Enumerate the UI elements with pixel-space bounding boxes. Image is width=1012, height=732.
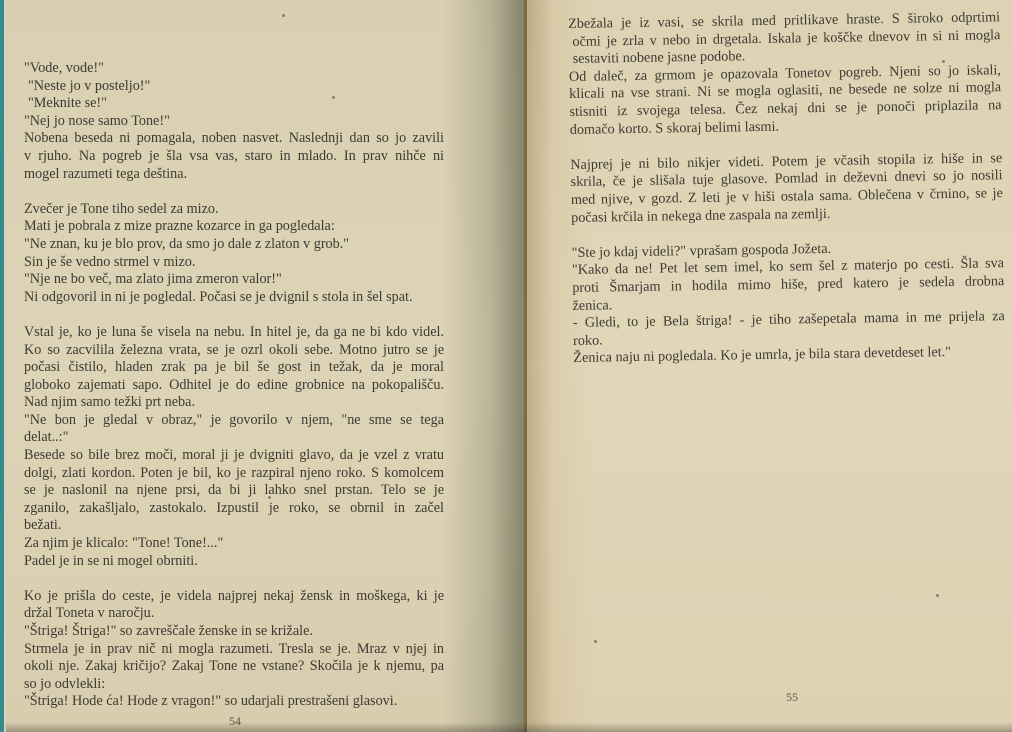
- text-line: "Ne bon je gledal v obraz," je govorilo …: [24, 412, 444, 430]
- paper-speck: [282, 14, 285, 17]
- text-line: "Vode, vode!": [24, 60, 444, 78]
- text-line: Sin je še vedno strmel v mizo.: [24, 254, 444, 272]
- text-line: Vstal je, ko je luna še visela na nebu. …: [24, 324, 444, 342]
- text-line: počasi čistilo, hladen zrak pa je bil še…: [24, 359, 444, 377]
- text-line: "Nje ne bo več, ma zlato jima zmeron val…: [24, 271, 444, 289]
- text-line: Zvečer je Tone tiho sedel za mizo.: [24, 201, 444, 219]
- paper-speck: [936, 594, 939, 597]
- text-line: Nobena beseda ni pomagala, noben nasvet.…: [24, 130, 444, 148]
- text-line: držal Toneta v naročju.: [24, 605, 444, 623]
- paragraph: Zbežala je iz vasi, se skrila med pritli…: [568, 9, 1002, 139]
- text-line: bežati.: [24, 517, 444, 535]
- text-line: mogel razumeti tega deština.: [24, 166, 444, 184]
- text-line: Ko so zacvilila železna vrata, se je ozr…: [24, 342, 444, 360]
- book-spread: "Vode, vode!" "Neste jo v posteljo!" "Me…: [0, 0, 1012, 732]
- paper-speck: [942, 60, 945, 63]
- text-line: Ko je prišla do ceste, je videla najprej…: [24, 588, 444, 606]
- text-line: "Štriga! Štriga!" so zavreščale ženske i…: [24, 623, 444, 641]
- text-line: v rjuho. Na pogreb je šla vsa vas, staro…: [24, 148, 444, 166]
- text-line: Ni odgovoril in ni je pogledal. Počasi s…: [24, 289, 444, 307]
- text-line: "Nej jo nose samo Tone!": [24, 113, 444, 131]
- paragraph: Zvečer je Tone tiho sedel za mizo. Mati …: [24, 201, 444, 307]
- text-line: Strmela je in prav nič ni mogla razumeti…: [24, 641, 444, 659]
- paragraph: Ko je prišla do ceste, je videla najprej…: [24, 588, 444, 711]
- text-line: "Meknite se!": [24, 95, 444, 113]
- paragraph: Vstal je, ko je luna še visela na nebu. …: [24, 324, 444, 570]
- text-line: globoko zajemati sapo. Odhitel je do edi…: [24, 377, 444, 395]
- text-line: "Ne znan, ku je blo prov, da smo jo dale…: [24, 236, 444, 254]
- page-edge-shadow: [6, 722, 526, 732]
- text-line: Nad njim samo težki prt neba.: [24, 394, 444, 412]
- paper-speck: [594, 640, 597, 643]
- text-line: okoli nje. Zakaj kričijo? Zakaj Tone ne …: [24, 658, 444, 676]
- left-page-text: "Vode, vode!" "Neste jo v posteljo!" "Me…: [24, 60, 444, 729]
- paragraph: "Ste jo kdaj videli?" vprašam gospoda Jo…: [572, 238, 1006, 368]
- text-line: so jo odvlekli:: [24, 676, 444, 694]
- left-page: "Vode, vode!" "Neste jo v posteljo!" "Me…: [4, 0, 526, 732]
- paper-speck: [268, 496, 271, 499]
- paper-speck: [332, 96, 335, 99]
- text-line: Mati je pobrala z mize prazne kozarce in…: [24, 218, 444, 236]
- paragraph: Najprej je ni bilo nikjer videti. Potem …: [570, 150, 1003, 227]
- text-line: "Štriga! Hode ća! Hode z vragon!" so uda…: [24, 693, 444, 711]
- text-line: se je naslonil na njene prsi, da bi ji l…: [24, 482, 444, 500]
- text-line: zganilo, zakašljalo, zastokalo. Izpustil…: [24, 500, 444, 518]
- page-number: 55: [786, 690, 798, 705]
- text-line: Besede so bile brez moči, moral ji je dv…: [24, 447, 444, 465]
- paragraph: "Vode, vode!" "Neste jo v posteljo!" "Me…: [24, 60, 444, 183]
- text-line: "Neste jo v posteljo!": [24, 78, 444, 96]
- page-edge-shadow: [524, 722, 1012, 732]
- text-line: delat..:": [24, 429, 444, 447]
- text-line: Padel je in se ni mogel obrniti.: [24, 553, 444, 571]
- text-line: dolgi, zlati kordon. Poten je bil, ko je…: [24, 465, 444, 483]
- right-page: Zbežala je iz vasi, se skrila med pritli…: [524, 0, 1012, 732]
- text-line: Za njim je klicalo: "Tone! Tone!...": [24, 535, 444, 553]
- right-page-text: Zbežala je iz vasi, se skrila med pritli…: [568, 9, 1006, 385]
